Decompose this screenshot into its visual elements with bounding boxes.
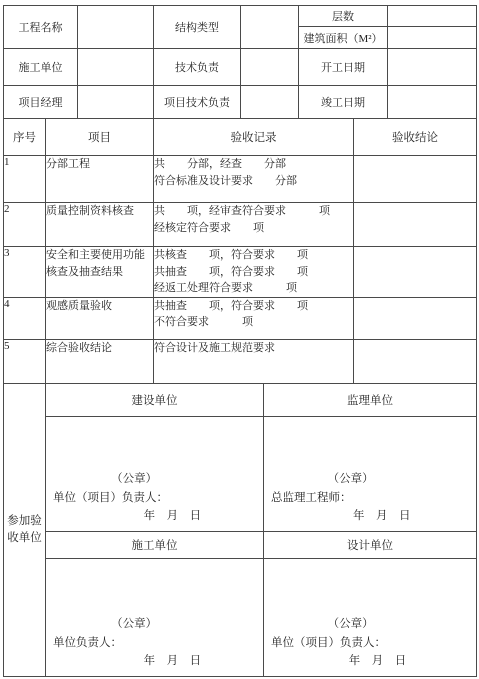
official-seal-placeholder: （公章） bbox=[264, 615, 476, 634]
building-area-value bbox=[388, 27, 477, 49]
row-item: 观感质量验收 bbox=[46, 297, 154, 339]
finish-date-label: 竣工日期 bbox=[299, 86, 388, 119]
row-record: 共抽查 项，符合要求 项 不符合要求 项 bbox=[154, 297, 354, 339]
project-name-label: 工程名称 bbox=[4, 6, 78, 49]
col-header-conclusion: 验收结论 bbox=[354, 119, 477, 156]
record-line: 符合标准及设计要求 分部 bbox=[154, 173, 353, 190]
row-no: 2 bbox=[4, 203, 46, 247]
record-line: 不符合要求 项 bbox=[154, 314, 353, 331]
unit-header-supervision: 监理单位 bbox=[264, 383, 477, 416]
row-conclusion bbox=[354, 247, 477, 298]
row-item: 综合验收结论 bbox=[46, 339, 154, 383]
project-manager-label: 项目经理 bbox=[4, 86, 78, 119]
start-date-label: 开工日期 bbox=[299, 49, 388, 86]
official-seal-placeholder: （公章） bbox=[46, 470, 263, 489]
table-row: 5 综合验收结论 符合设计及施工规范要求 bbox=[4, 339, 477, 383]
signature-cell-owner: （公章） 单位（项目）负责人： 年 月 日 bbox=[46, 416, 264, 531]
structure-type-label: 结构类型 bbox=[154, 6, 241, 49]
project-tech-lead-value bbox=[241, 86, 299, 119]
table-row: 4 观感质量验收 共抽查 项，符合要求 项 不符合要求 项 bbox=[4, 297, 477, 339]
finish-date-value bbox=[388, 86, 477, 119]
record-line: 共抽查 项，符合要求 项 bbox=[154, 298, 353, 315]
project-tech-lead-label: 项目技术负责 bbox=[154, 86, 241, 119]
record-line: 共 分部，经查 分部 bbox=[154, 156, 353, 173]
record-line: 共核查 项，符合要求 项 bbox=[154, 247, 353, 264]
tech-lead-value bbox=[241, 49, 299, 86]
col-header-no: 序号 bbox=[4, 119, 46, 156]
floors-value bbox=[388, 6, 477, 27]
signer-line: 总监理工程师： bbox=[264, 489, 476, 508]
col-header-record: 验收记录 bbox=[154, 119, 354, 156]
row-record: 共 分部，经查 分部 符合标准及设计要求 分部 bbox=[154, 156, 354, 203]
project-manager-value bbox=[78, 86, 154, 119]
table-row: 1 分部工程 共 分部，经查 分部 符合标准及设计要求 分部 bbox=[4, 156, 477, 203]
row-record: 共核查 项，符合要求 项 共抽查 项，符合要求 项 经返工处理符合要求 项 bbox=[154, 247, 354, 298]
row-item: 质量控制资料核查 bbox=[46, 203, 154, 247]
row-no: 3 bbox=[4, 247, 46, 298]
row-item: 安全和主要使用功能核查及抽查结果 bbox=[46, 247, 154, 298]
floors-label: 层数 bbox=[299, 6, 388, 27]
row-record: 符合设计及施工规范要求 bbox=[154, 339, 354, 383]
table-row: 2 质量控制资料核查 共 项，经审查符合要求 项 经核定符合要求 项 bbox=[4, 203, 477, 247]
row-conclusion bbox=[354, 297, 477, 339]
structure-type-value bbox=[241, 6, 299, 49]
acceptance-form: 工程名称 结构类型 层数 建筑面积（M²） 施工单位 技术负责 开工日期 项目经… bbox=[3, 5, 476, 677]
project-info-table: 工程名称 结构类型 层数 建筑面积（M²） 施工单位 技术负责 开工日期 项目经… bbox=[3, 5, 477, 119]
contractor-label: 施工单位 bbox=[4, 49, 78, 86]
start-date-value bbox=[388, 49, 477, 86]
row-no: 4 bbox=[4, 297, 46, 339]
row-conclusion bbox=[354, 203, 477, 247]
acceptance-header-row: 序号 项目 验收记录 验收结论 bbox=[4, 119, 477, 156]
project-name-value bbox=[78, 6, 154, 49]
unit-header-designer: 设计单位 bbox=[264, 531, 477, 558]
row-no: 1 bbox=[4, 156, 46, 203]
signature-cell-contractor: （公章） 单位负责人： 年 月 日 bbox=[46, 558, 264, 676]
signature-cell-supervision: （公章） 总监理工程师： 年 月 日 bbox=[264, 416, 477, 531]
unit-header-construction-owner: 建设单位 bbox=[46, 383, 264, 416]
row-no: 5 bbox=[4, 339, 46, 383]
contractor-value bbox=[78, 49, 154, 86]
record-line: 共 项，经审查符合要求 项 bbox=[154, 203, 353, 220]
record-line: 共抽查 项，符合要求 项 bbox=[154, 264, 353, 281]
row-conclusion bbox=[354, 156, 477, 203]
unit-header-contractor: 施工单位 bbox=[46, 531, 264, 558]
building-area-label: 建筑面积（M²） bbox=[299, 27, 388, 49]
row-conclusion bbox=[354, 339, 477, 383]
tech-lead-label: 技术负责 bbox=[154, 49, 241, 86]
table-row: 3 安全和主要使用功能核查及抽查结果 共核查 项，符合要求 项 共抽查 项，符合… bbox=[4, 247, 477, 298]
date-line: 年 月 日 bbox=[46, 652, 263, 671]
row-item: 分部工程 bbox=[46, 156, 154, 203]
signature-cell-designer: （公章） 单位（项目）负责人： 年 月 日 bbox=[264, 558, 477, 676]
acceptance-record-table: 序号 项目 验收记录 验收结论 1 分部工程 共 分部，经查 分部 符合标准及设… bbox=[3, 118, 477, 384]
row-record: 共 项，经审查符合要求 项 经核定符合要求 项 bbox=[154, 203, 354, 247]
record-line: 经返工处理符合要求 项 bbox=[154, 280, 353, 297]
signer-line: 单位（项目）负责人： bbox=[264, 634, 476, 653]
signer-line: 单位（项目）负责人： bbox=[46, 489, 263, 508]
participants-side-label: 参加验收单位 bbox=[4, 383, 46, 676]
col-header-item: 项目 bbox=[46, 119, 154, 156]
date-line: 年 月 日 bbox=[46, 507, 263, 526]
official-seal-placeholder: （公章） bbox=[264, 470, 476, 489]
record-line: 经核定符合要求 项 bbox=[154, 220, 353, 237]
date-line: 年 月 日 bbox=[264, 507, 476, 526]
participants-table: 参加验收单位 建设单位 监理单位 （公章） 单位（项目）负责人： 年 月 日 （… bbox=[3, 383, 477, 677]
date-line: 年 月 日 bbox=[264, 652, 476, 671]
signer-line: 单位负责人： bbox=[46, 634, 263, 653]
record-line: 符合设计及施工规范要求 bbox=[154, 340, 353, 357]
official-seal-placeholder: （公章） bbox=[46, 615, 263, 634]
